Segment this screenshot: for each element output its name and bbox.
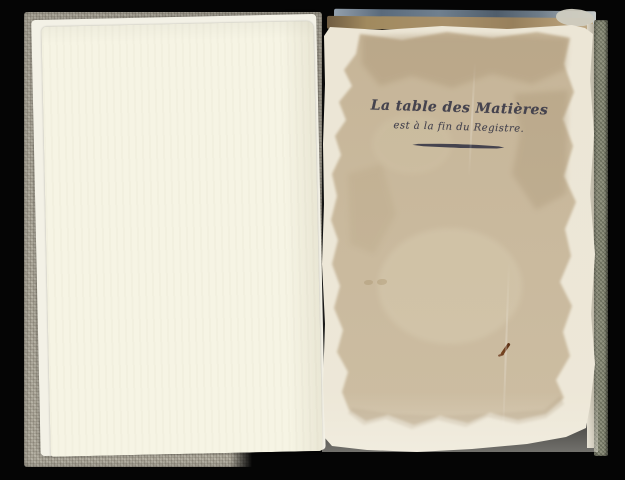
inscription-block: La table des Matières est à la fin du Re… <box>369 96 548 151</box>
inscription-line2: est à la fin du Registre. <box>370 119 548 138</box>
stained-paper-art <box>322 24 598 452</box>
inscription-line1: La table des Matières <box>370 96 549 122</box>
book-scan: La table des Matières est à la fin du Re… <box>0 0 625 480</box>
left-blank-page <box>41 21 322 457</box>
right-title-page: La table des Matières est à la fin du Re… <box>322 24 598 452</box>
